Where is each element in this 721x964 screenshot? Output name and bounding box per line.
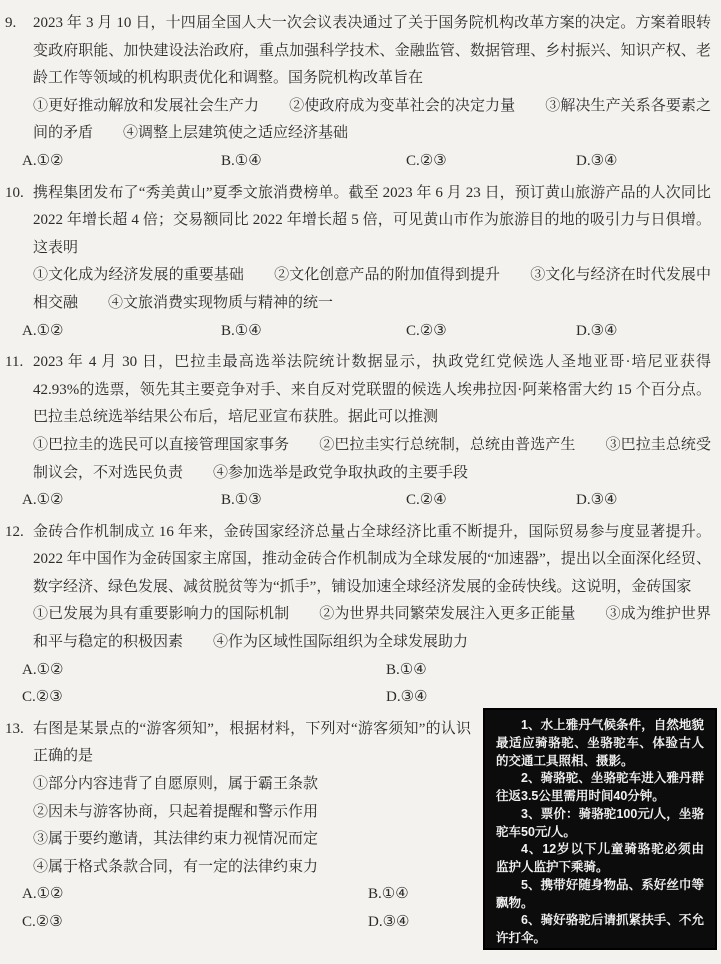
question-13-item-1: ①部分内容违背了自愿原则，属于霸王条款 bbox=[33, 771, 471, 799]
question-10-number: 10. bbox=[5, 180, 31, 208]
question-12-option-d: D.③④ bbox=[386, 684, 427, 712]
question-11-option-b: B.①③ bbox=[221, 487, 406, 515]
question-12-items: ①已发展为具有重要影响力的国际机制 ②为世界共同繁荣发展注入更多正能量 ③成为维… bbox=[33, 601, 711, 656]
exam-page: 9. 2023 年 3 月 10 日，十四届全国人大一次会议表决通过了关于国务院… bbox=[0, 0, 721, 964]
notice-line-5: 5、携带好随身物品、系好丝巾等飘物。 bbox=[496, 877, 704, 913]
question-13-option-c: C.②③ bbox=[22, 909, 368, 937]
question-9-options: A.①② B.①④ C.②③ D.③④ bbox=[22, 148, 711, 176]
question-9-option-a: A.①② bbox=[22, 148, 221, 176]
question-11-options: A.①② B.①③ C.②④ D.③④ bbox=[22, 487, 711, 515]
question-11-number: 11. bbox=[5, 349, 31, 377]
question-10-options: A.①② B.①④ C.②③ D.③④ bbox=[22, 318, 711, 346]
question-13-item-2: ②因未与游客协商，只起着提醒和警示作用 bbox=[33, 799, 471, 827]
question-13-option-a: A.①② bbox=[22, 881, 368, 909]
question-10: 10. 携程集团发布了“秀美黄山”夏季文旅消费榜单。截至 2023 年 6 月 … bbox=[0, 180, 721, 346]
notice-line-1: 1、水上雅丹气候条件，自然地貌最适应骑骆驼、坐骆驼车、体验古人的交通工具照相、摄… bbox=[496, 717, 704, 770]
question-9-number: 9. bbox=[5, 10, 31, 38]
question-12-stem: 金砖合作机制成立 16 年来，金砖国家经济总量占全球经济比重不断提升，国际贸易参… bbox=[33, 519, 711, 602]
notice-line-2: 2、骑骆驼、坐骆驼车进入雅丹群往返3.5公里需用时间40分钟。 bbox=[496, 770, 704, 806]
question-11-items: ①巴拉圭的选民可以直接管理国家事务 ②巴拉圭实行总统制，总统由普选产生 ③巴拉圭… bbox=[33, 432, 711, 487]
question-13-options-row-1: A.①② B.①④ bbox=[22, 881, 471, 909]
question-10-stem: 携程集团发布了“秀美黄山”夏季文旅消费榜单。截至 2023 年 6 月 23 日… bbox=[33, 180, 711, 263]
question-10-option-c: C.②③ bbox=[406, 318, 576, 346]
question-11-option-c: C.②④ bbox=[406, 487, 576, 515]
question-12-option-b: B.①④ bbox=[386, 657, 427, 685]
notice-line-3: 3、票价：骑骆驼100元/人，坐骆驼车50元/人。 bbox=[496, 806, 704, 842]
question-13-item-3: ③属于要约邀请，其法律约束力视情况而定 bbox=[33, 826, 471, 854]
question-12-number: 12. bbox=[5, 519, 31, 547]
question-13-option-d: D.③④ bbox=[368, 909, 409, 937]
question-13-option-b: B.①④ bbox=[368, 881, 409, 909]
question-9-option-c: C.②③ bbox=[406, 148, 576, 176]
question-11-option-a: A.①② bbox=[22, 487, 221, 515]
question-11-option-d: D.③④ bbox=[576, 487, 617, 515]
question-12: 12. 金砖合作机制成立 16 年来，金砖国家经济总量占全球经济比重不断提升，国… bbox=[0, 519, 721, 712]
question-12-options-row-1: A.①② B.①④ bbox=[22, 657, 711, 685]
question-12-option-a: A.①② bbox=[22, 657, 386, 685]
question-9-items: ①更好推动解放和发展社会生产力 ②使政府成为变革社会的决定力量 ③解决生产关系各… bbox=[33, 93, 711, 148]
question-9: 9. 2023 年 3 月 10 日，十四届全国人大一次会议表决通过了关于国务院… bbox=[0, 10, 721, 176]
question-10-items: ①文化成为经济发展的重要基础 ②文化创意产品的附加值得到提升 ③文化与经济在时代… bbox=[33, 262, 711, 317]
notice-line-4: 4、12岁以下儿童骑骆驼必须由监护人监护下乘骑。 bbox=[496, 841, 704, 877]
question-10-option-b: B.①④ bbox=[221, 318, 406, 346]
question-13-number: 13. bbox=[5, 716, 31, 744]
question-11-stem: 2023 年 4 月 30 日，巴拉圭最高选举法院统计数据显示，执政党红党候选人… bbox=[33, 349, 711, 432]
question-10-option-a: A.①② bbox=[22, 318, 221, 346]
question-9-stem: 2023 年 3 月 10 日，十四届全国人大一次会议表决通过了关于国务院机构改… bbox=[33, 10, 711, 93]
notice-line-7: 7、购票后不予退票。 bbox=[496, 948, 704, 950]
notice-line-6: 6、骑好骆驼后请抓紧扶手、不允许打伞。 bbox=[496, 912, 704, 948]
question-10-option-d: D.③④ bbox=[576, 318, 617, 346]
question-13-stem: 右图是某景点的“游客须知”，根据材料，下列对“游客须知”的认识正确的是 bbox=[33, 716, 471, 771]
question-12-option-c: C.②③ bbox=[22, 684, 386, 712]
question-13-options-row-2: C.②③ D.③④ bbox=[22, 909, 471, 937]
visitor-notice-panel: 1、水上雅丹气候条件，自然地貌最适应骑骆驼、坐骆驼车、体验古人的交通工具照相、摄… bbox=[483, 708, 717, 950]
question-9-option-d: D.③④ bbox=[576, 148, 617, 176]
question-13-item-4: ④属于格式条款合同，有一定的法律约束力 bbox=[33, 854, 471, 882]
question-11: 11. 2023 年 4 月 30 日，巴拉圭最高选举法院统计数据显示，执政党红… bbox=[0, 349, 721, 515]
question-9-option-b: B.①④ bbox=[221, 148, 406, 176]
